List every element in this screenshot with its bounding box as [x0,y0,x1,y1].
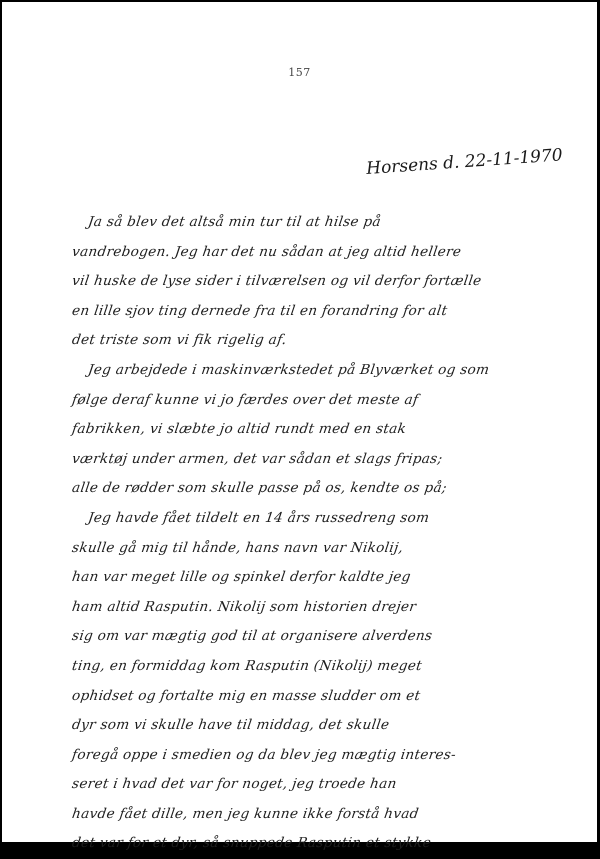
text-line: en lille sjov ting dernede fra til en fo… [70,297,554,327]
dateline: Horsens d. 22-11-1970 [366,145,564,179]
text-line: dyr som vi skulle have til middag, det s… [70,711,554,741]
text-line: han var meget lille og spinkel derfor ka… [70,563,554,593]
text-line: havde fået dille, men jeg kunne ikke for… [70,800,554,830]
document-page: 157 Horsens d. 22-11-1970 Ja så blev det… [2,2,597,842]
text-line: Jeg arbejdede i maskinværkstedet på Blyv… [70,356,554,386]
text-line: værktøj under armen, det var sådan et sl… [70,445,554,475]
text-line: ophidset og fortalte mig en masse sludde… [70,682,554,712]
text-line: alle de rødder som skulle passe på os, k… [70,474,554,504]
text-line: ham altid Rasputin. Nikolij som historie… [70,593,554,623]
text-line: Jeg havde fået tildelt en 14 års russedr… [70,504,554,534]
text-line: ting, en formiddag kom Rasputin (Nikolij… [70,652,554,682]
text-line: fabrikken, vi slæbte jo altid rundt med … [70,415,554,445]
text-line: sig om var mægtig god til at organisere … [70,622,554,652]
text-line: Ja så blev det altså min tur til at hils… [70,208,554,238]
text-line: foregå oppe i smedien og da blev jeg mæg… [70,741,554,771]
handwritten-body: Ja så blev det altså min tur til at hils… [72,208,552,846]
page-number: 157 [2,66,597,79]
text-line: seret i hvad det var for noget, jeg troe… [70,770,554,800]
text-line: vandrebogen. Jeg har det nu sådan at jeg… [70,238,554,268]
text-line: vil huske de lyse sider i tilværelsen og… [70,267,554,297]
text-line: det var for et dyr, så snuppede Rasputin… [70,829,554,846]
text-line: skulle gå mig til hånde, hans navn var N… [70,534,554,564]
text-line: følge deraf kunne vi jo færdes over det … [70,386,554,416]
text-line: det triste som vi fik rigelig af. [70,326,554,356]
